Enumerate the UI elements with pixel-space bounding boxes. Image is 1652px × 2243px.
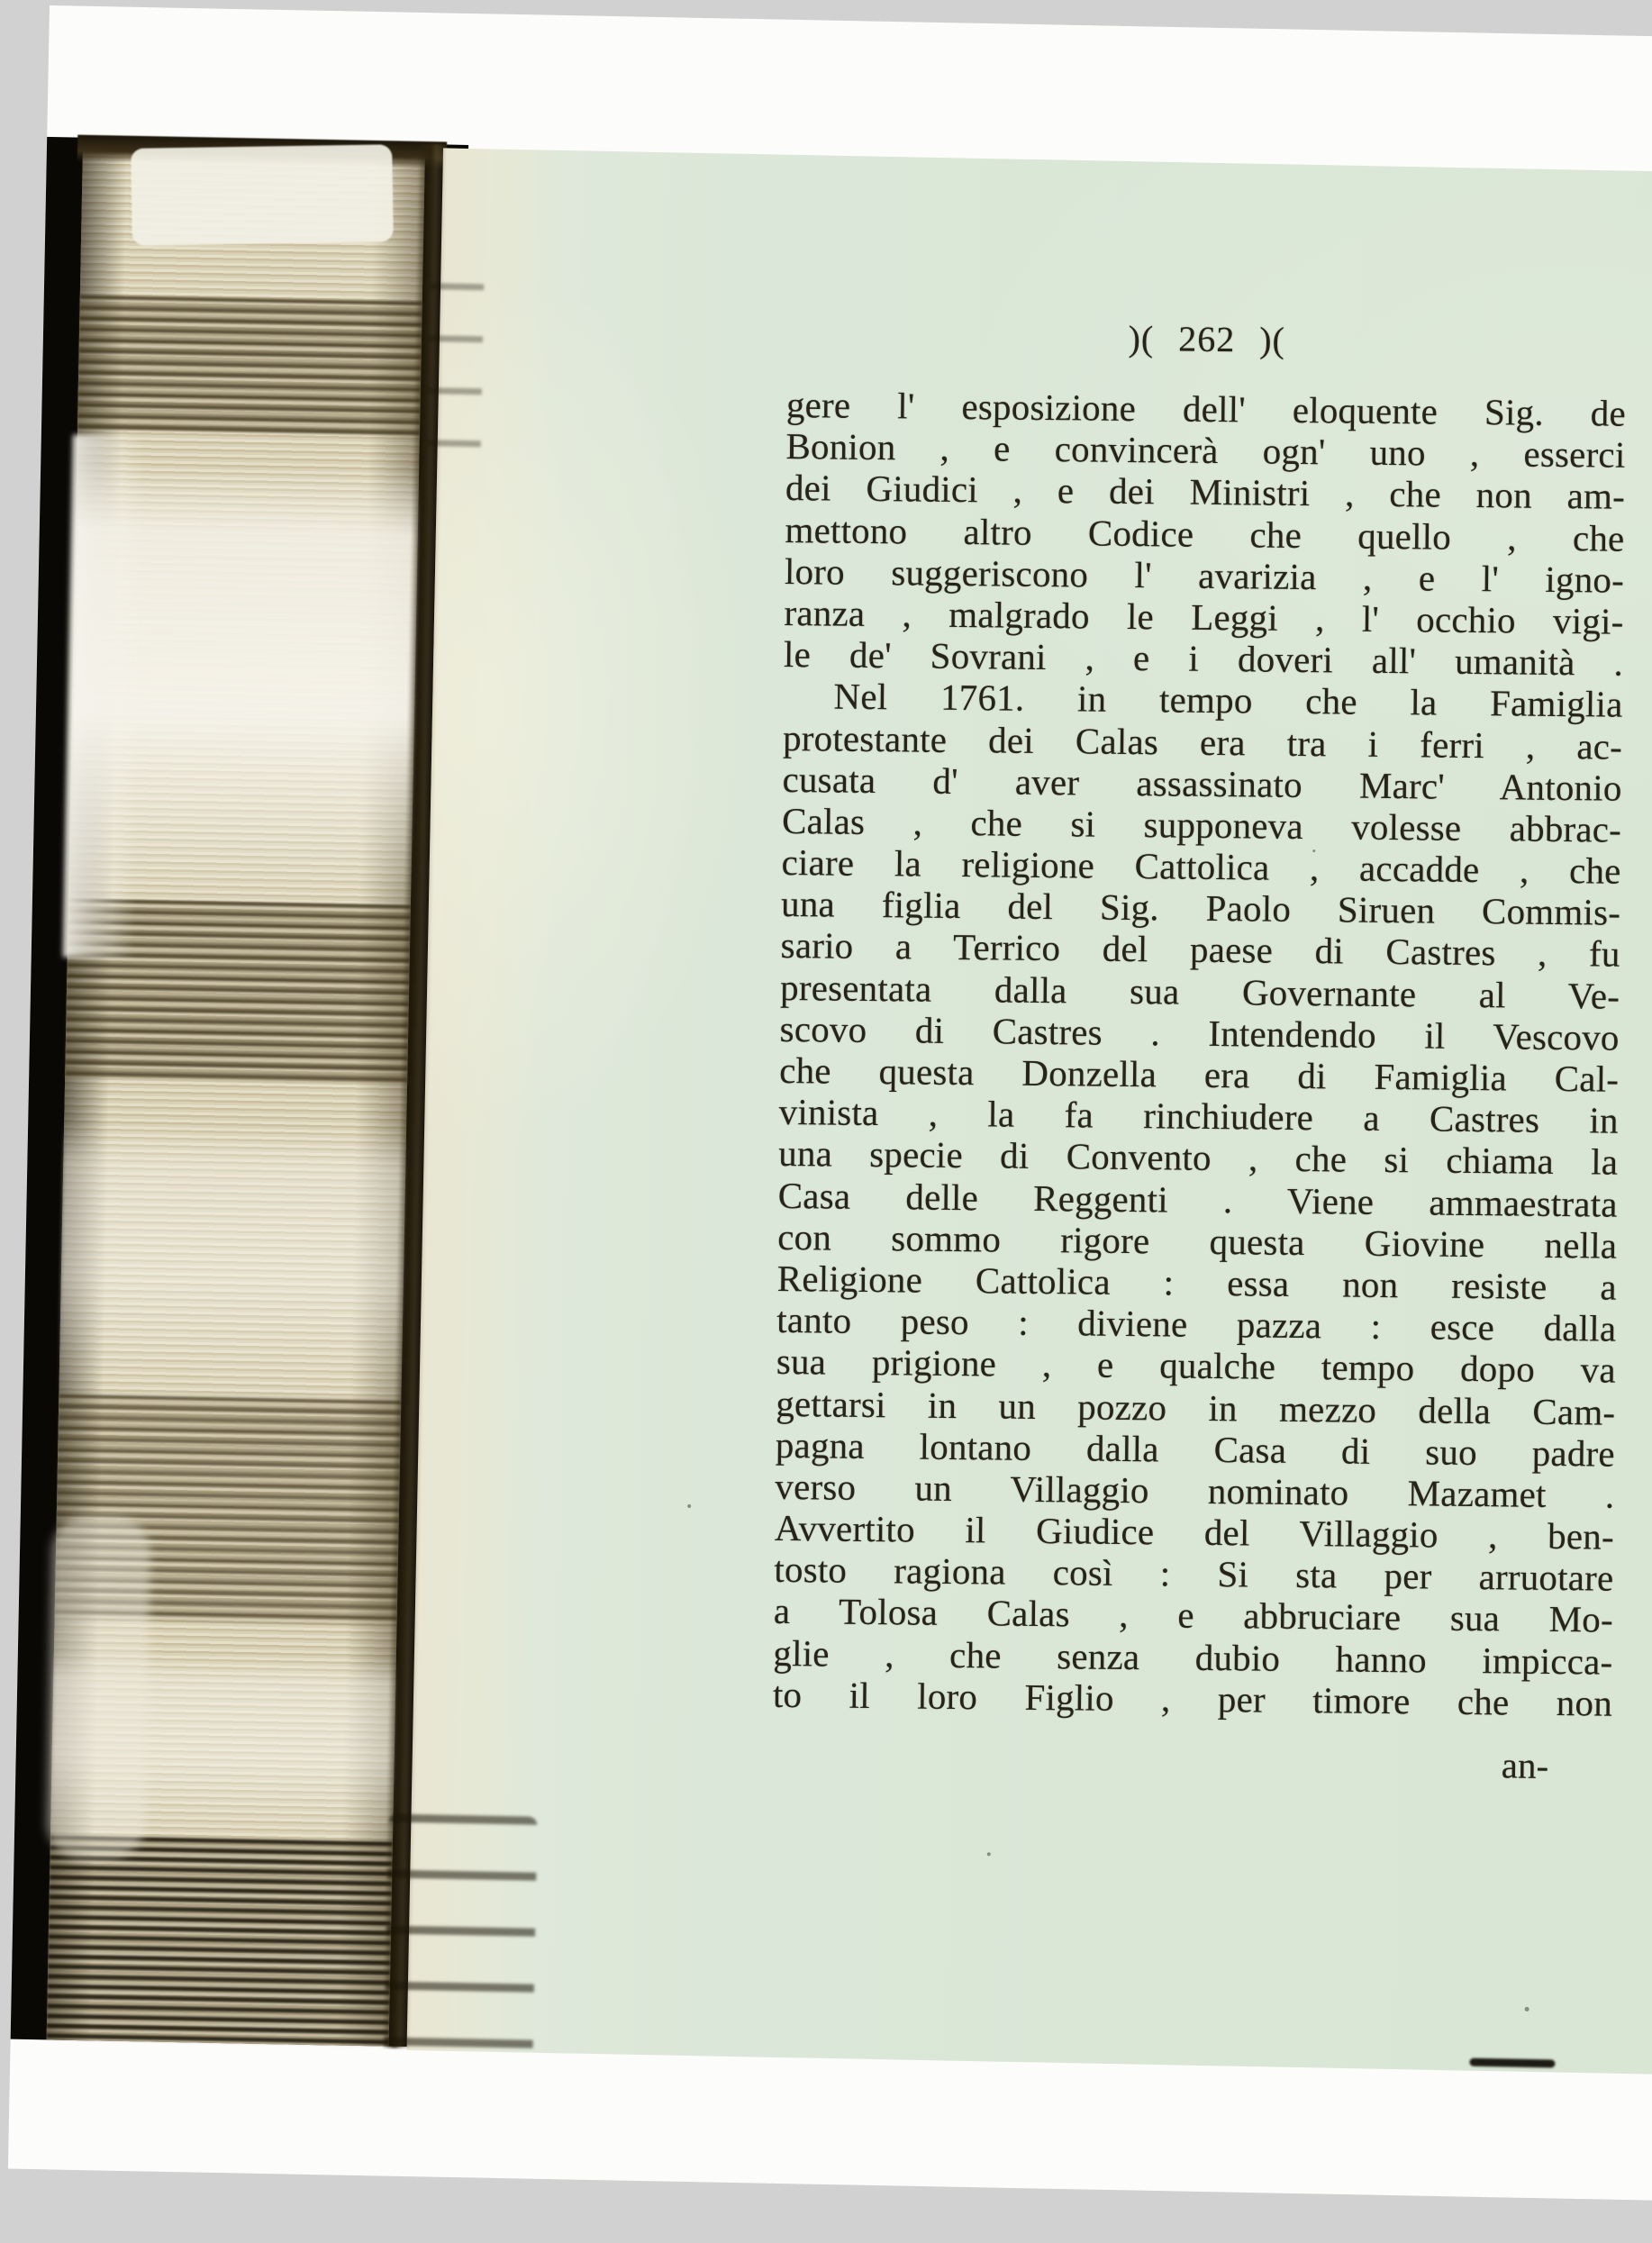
torn-edge-highlight	[46, 1515, 151, 1859]
text-line: to il loro Figlio , per timore che non	[773, 1674, 1612, 1724]
scanned-book-page: )( 262 )( gere l' esposizione dell' eloq…	[0, 0, 1652, 2243]
page-text-block: )( 262 )( gere l' esposizione dell' eloq…	[772, 315, 1627, 1787]
page-edge-dark-band	[47, 1835, 393, 2046]
paper-speck	[687, 1504, 691, 1508]
page-number: )( 262 )(	[787, 315, 1627, 364]
book-fore-edge-stack	[47, 138, 425, 2047]
gutter-sewing-marks	[426, 283, 484, 491]
gutter-sewing-marks	[384, 1814, 537, 2065]
torn-paper-flap	[131, 144, 394, 246]
page-edge-pale-band	[59, 1120, 406, 1414]
torn-edge-highlight	[63, 435, 145, 958]
page-bottom-edge-shadow	[1469, 2058, 1555, 2068]
paper-speck	[1525, 2007, 1529, 2011]
paper-speck	[987, 1852, 991, 1856]
page-edge-dark-band	[77, 295, 422, 437]
catchword: an-	[772, 1737, 1611, 1787]
